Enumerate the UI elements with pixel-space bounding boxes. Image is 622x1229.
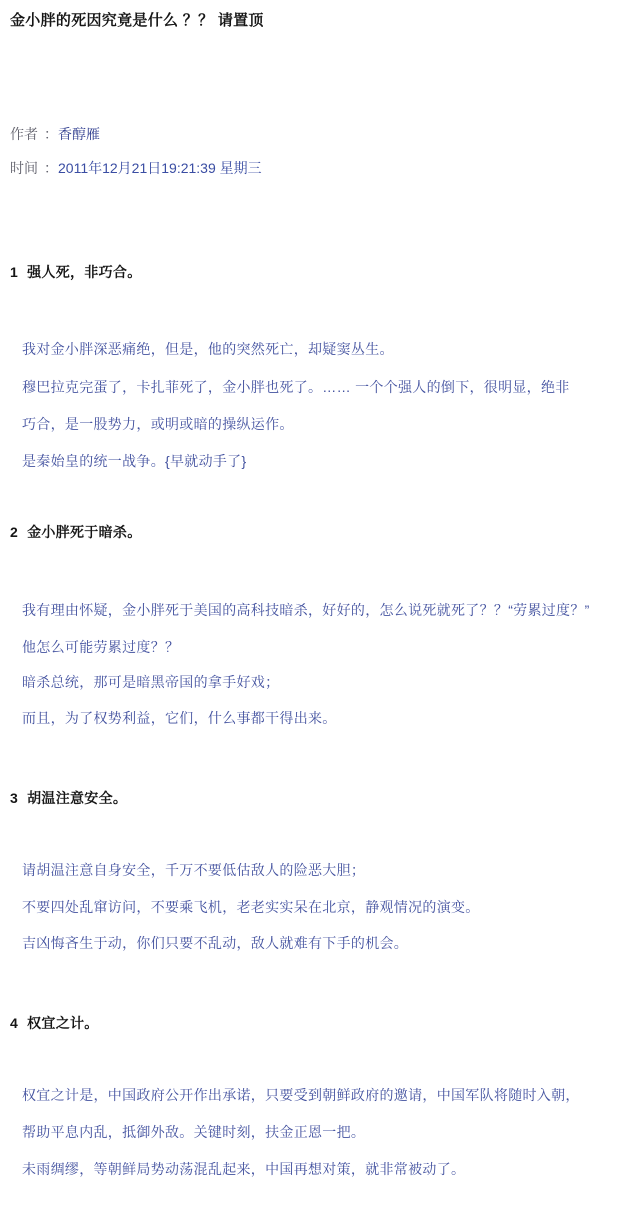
author-label: 作者 <box>10 126 38 142</box>
section-2-heading: 2金小胖死于暗杀。 <box>10 522 142 542</box>
author-name: 香醇雁 <box>58 126 100 142</box>
author-line: 作者：香醇雁 <box>10 124 100 144</box>
section-4-number: 4 <box>10 1015 18 1031</box>
section-3-heading-text: 胡温注意安全。 <box>27 790 127 806</box>
body-line: 我对金小胖深恶痛绝，但是，他的突然死亡，却疑窦丛生。 <box>22 339 394 359</box>
section-2-number: 2 <box>10 524 18 540</box>
time-separator: ： <box>44 160 58 176</box>
body-line: 权宜之计是，中国政府公开作出承诺，只要受到朝鲜政府的邀请，中国军队将随时入朝， <box>22 1085 580 1105</box>
time-line: 时间：2011年12月21日19:21:39 星期三 <box>10 158 262 178</box>
section-2-heading-text: 金小胖死于暗杀。 <box>27 524 141 540</box>
body-line: 未雨绸缪，等朝鲜局势动荡混乱起来，中国再想对策，就非常被动了。 <box>22 1159 465 1179</box>
body-line: 而且，为了权势利益，它们，什么事都干得出来。 <box>22 708 337 728</box>
body-line: 巧合，是一股势力，或明或暗的操纵运作。 <box>22 414 294 434</box>
time-label: 时间 <box>10 160 38 176</box>
section-1-heading-text: 强人死，非巧合。 <box>27 264 141 280</box>
time-value: 2011年12月21日19:21:39 星期三 <box>58 160 262 176</box>
body-line: 他怎么可能劳累过度？？ <box>22 637 179 657</box>
body-line: 请胡温注意自身安全，千万不要低估敌人的险恶大胆； <box>22 860 365 880</box>
section-1-heading: 1强人死，非巧合。 <box>10 262 142 282</box>
post-title: 金小胖的死因究竟是什么 ？？ 请置顶 <box>10 11 264 31</box>
body-line: 帮助平息内乱，抵御外敌。关键时刻，扶金正恩一把。 <box>22 1122 365 1142</box>
body-line: 穆巴拉克完蛋了，卡扎菲死了，金小胖也死了。…… 一个个强人的倒下，很明显，绝非 <box>22 377 570 397</box>
body-line: 暗杀总统，那可是暗黑帝国的拿手好戏； <box>22 672 279 692</box>
body-line: 是秦始皇的统一战争。{早就动手了} <box>22 451 246 471</box>
document-page: 金小胖的死因究竟是什么 ？？ 请置顶 作者：香醇雁 时间：2011年12月21日… <box>0 0 622 1229</box>
section-3-heading: 3胡温注意安全。 <box>10 788 127 808</box>
body-line: 我有理由怀疑，金小胖死于美国的高科技暗杀，好好的，怎么说死就死了？？“劳累过度？… <box>22 600 590 620</box>
body-line: 不要四处乱窜访问，不要乘飞机，老老实实呆在北京，静观情况的演变。 <box>22 897 480 917</box>
body-line: 吉凶悔吝生于动，你们只要不乱动，敌人就难有下手的机会。 <box>22 933 408 953</box>
section-4-heading: 4权宜之计。 <box>10 1013 99 1033</box>
section-1-number: 1 <box>10 264 18 280</box>
section-3-number: 3 <box>10 790 18 806</box>
author-separator: ： <box>44 126 58 142</box>
section-4-heading-text: 权宜之计。 <box>27 1015 99 1031</box>
